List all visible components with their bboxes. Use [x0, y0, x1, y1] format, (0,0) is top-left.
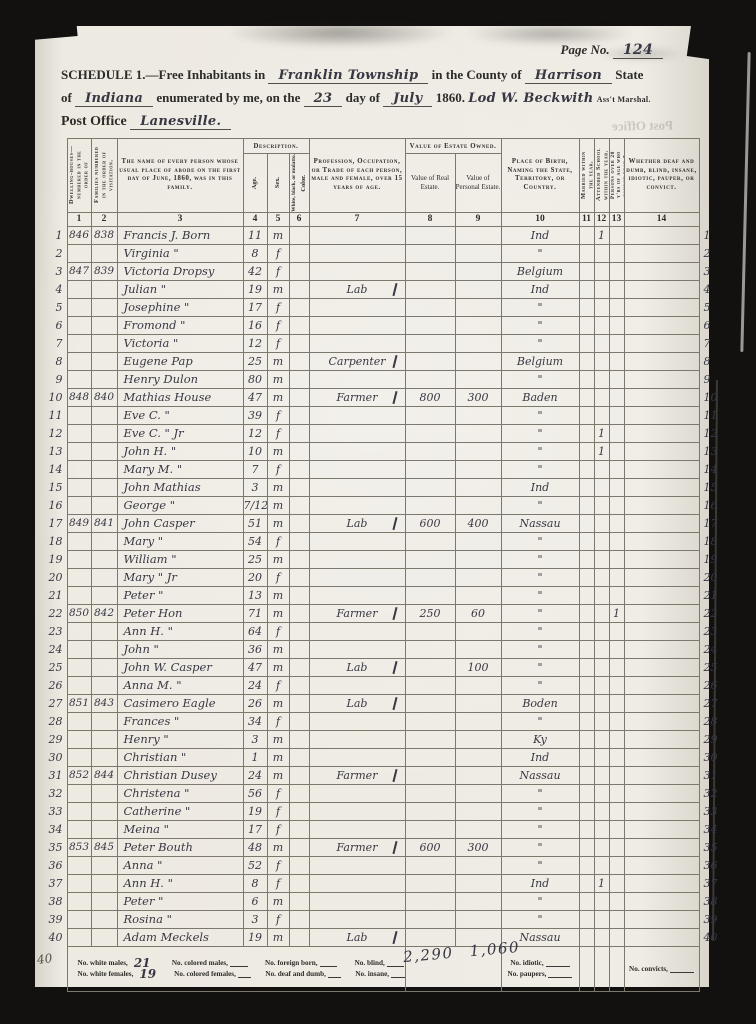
person-name: Victoria Dropsy	[117, 262, 243, 280]
personal-estate-value: 100	[455, 658, 501, 676]
age: 47	[243, 658, 267, 676]
real-estate-value	[405, 460, 455, 478]
attended-school	[594, 532, 609, 550]
remarks	[624, 622, 699, 640]
sex: m	[267, 514, 289, 532]
personal-estate-value	[455, 352, 501, 370]
age: 24	[243, 676, 267, 694]
attended-school	[594, 604, 609, 622]
sex: m	[267, 658, 289, 676]
census-row: 28Frances "34f"28	[47, 712, 721, 730]
tally-mark	[392, 355, 397, 368]
colored-females-label: No. colored females,	[174, 970, 236, 978]
place-of-birth: Nassau	[501, 766, 579, 784]
profession: Lab	[309, 280, 405, 298]
remarks	[624, 478, 699, 496]
profession: Carpenter	[309, 352, 405, 370]
torn-corner	[30, 20, 77, 40]
married-within-year	[579, 370, 594, 388]
age: 12	[243, 334, 267, 352]
family-number	[91, 442, 117, 460]
sex: m	[267, 838, 289, 856]
family-number: 843	[91, 694, 117, 712]
person-name: Peter Bouth	[117, 838, 243, 856]
dwelling-number: 848	[67, 388, 91, 406]
remarks	[624, 262, 699, 280]
real-estate-value: 600	[405, 514, 455, 532]
sex: f	[267, 712, 289, 730]
age: 19	[243, 802, 267, 820]
col-header-families: Families numbered in the order of visita…	[91, 139, 117, 213]
day-value: 23	[304, 92, 343, 107]
remarks	[624, 424, 699, 442]
person-name: John "	[117, 640, 243, 658]
tally-mark	[392, 607, 397, 620]
person-name: Mary " Jr	[117, 568, 243, 586]
foreign-born-label: No. foreign born,	[265, 959, 318, 967]
personal-estate-value	[455, 622, 501, 640]
color	[289, 892, 309, 910]
census-row: 32Christena "56f"32	[47, 784, 721, 802]
married-within-year	[579, 316, 594, 334]
family-number	[91, 892, 117, 910]
census-row: 23Ann H. "64f"23	[47, 622, 721, 640]
census-row: 29Henry "3mKy29	[47, 730, 721, 748]
age: 26	[243, 694, 267, 712]
attended-school: 1	[594, 442, 609, 460]
place-of-birth: "	[501, 658, 579, 676]
census-row: 6Fromond "16f"6	[47, 316, 721, 334]
census-row: 40Adam Meckels19mLabNassau40	[47, 928, 721, 946]
census-row: 36Anna "52f"36	[47, 856, 721, 874]
age: 39	[243, 406, 267, 424]
scan-edge-sliver	[740, 52, 750, 352]
real-estate-value	[405, 640, 455, 658]
dwelling-number	[67, 370, 91, 388]
real-estate-value	[405, 892, 455, 910]
real-estate-value	[405, 496, 455, 514]
person-name: Casimero Eagle	[117, 694, 243, 712]
dwelling-number	[67, 658, 91, 676]
married-within-year	[579, 892, 594, 910]
row-number-left: 28	[47, 712, 67, 730]
color	[289, 838, 309, 856]
married-within-year	[579, 424, 594, 442]
person-name: Frances "	[117, 712, 243, 730]
cannot-read-write	[609, 658, 624, 676]
white-females-label: No. white females,	[78, 970, 134, 978]
sex: m	[267, 226, 289, 244]
place-of-birth: Ind	[501, 478, 579, 496]
personal-estate-value	[455, 316, 501, 334]
color	[289, 874, 309, 892]
margin-pencil-note: 40	[36, 951, 53, 967]
person-name: Mathias House	[117, 388, 243, 406]
cannot-read-write	[609, 892, 624, 910]
dwelling-number: 853	[67, 838, 91, 856]
real-estate-value	[405, 406, 455, 424]
column-number: 9	[455, 212, 501, 226]
row-number-left: 32	[47, 784, 67, 802]
remarks	[624, 820, 699, 838]
census-row: 14Mary M. "7f"14	[47, 460, 721, 478]
color	[289, 406, 309, 424]
person-name: John Mathias	[117, 478, 243, 496]
profession: Lab	[309, 928, 405, 946]
attended-school	[594, 676, 609, 694]
dwelling-number	[67, 820, 91, 838]
col-header-name: The name of every person whose usual pla…	[117, 139, 243, 213]
column-number: 14	[624, 212, 699, 226]
schedule-title-line: SCHEDULE 1.—Free Inhabitants in Franklin…	[61, 67, 701, 84]
column-number: 1	[67, 212, 91, 226]
personal-estate-value	[455, 748, 501, 766]
gutter	[699, 139, 721, 213]
attended-school: 1	[594, 874, 609, 892]
personal-estate-value	[455, 694, 501, 712]
column-number: 4	[243, 212, 267, 226]
age: 24	[243, 766, 267, 784]
profession	[309, 568, 405, 586]
row-number-right: 29	[699, 730, 721, 748]
column-number: 8	[405, 212, 455, 226]
real-estate-value	[405, 334, 455, 352]
row-number-right: 20	[699, 568, 721, 586]
person-name: Eve C. "	[117, 406, 243, 424]
row-number-right: 12	[699, 424, 721, 442]
dwelling-number: 849	[67, 514, 91, 532]
age: 8	[243, 874, 267, 892]
col-header-school: Attended School within the year.	[594, 139, 609, 213]
married-within-year	[579, 298, 594, 316]
sex: f	[267, 622, 289, 640]
married-within-year	[579, 748, 594, 766]
blank-line	[387, 959, 405, 967]
dwelling-number	[67, 532, 91, 550]
estate-group-header: Value of Estate Owned.	[405, 139, 501, 154]
married-within-year	[579, 640, 594, 658]
remarks	[624, 784, 699, 802]
enumeration-line: of Indiana enumerated by me, on the 23 d…	[61, 90, 701, 107]
row-number-left: 11	[47, 406, 67, 424]
row-number-right: 23	[699, 622, 721, 640]
row-number-right: 22	[699, 604, 721, 622]
family-number	[91, 424, 117, 442]
attended-school	[594, 244, 609, 262]
age: 13	[243, 586, 267, 604]
place-of-birth: "	[501, 550, 579, 568]
cannot-read-write	[609, 280, 624, 298]
real-estate-value	[405, 856, 455, 874]
row-number-left: 2	[47, 244, 67, 262]
sex: m	[267, 370, 289, 388]
profession	[309, 622, 405, 640]
dwelling-number	[67, 910, 91, 928]
row-number-left: 18	[47, 532, 67, 550]
person-name: Christena "	[117, 784, 243, 802]
age: 3	[243, 910, 267, 928]
ink-smudge	[225, 18, 455, 48]
attended-school	[594, 388, 609, 406]
dwelling-number	[67, 244, 91, 262]
dwelling-number	[67, 280, 91, 298]
gutter	[47, 139, 67, 213]
color	[289, 262, 309, 280]
sex: m	[267, 604, 289, 622]
dwelling-number	[67, 640, 91, 658]
place-of-birth: Belgium	[501, 352, 579, 370]
remarks	[624, 316, 699, 334]
cannot-read-write: 1	[609, 604, 624, 622]
married-within-year	[579, 550, 594, 568]
attended-school	[594, 478, 609, 496]
dwelling-number	[67, 712, 91, 730]
personal-estate-value	[455, 820, 501, 838]
row-number-right: 28	[699, 712, 721, 730]
color	[289, 712, 309, 730]
sex: f	[267, 244, 289, 262]
age: 71	[243, 604, 267, 622]
census-row: 39Rosina "3f"39	[47, 910, 721, 928]
remarks	[624, 460, 699, 478]
tally-mark	[392, 931, 397, 944]
age: 25	[243, 352, 267, 370]
census-row: 24John "36m"24	[47, 640, 721, 658]
remarks	[624, 694, 699, 712]
col-header-birthplace: Place of Birth, Naming the State, Territ…	[501, 139, 579, 213]
enumerated-label: enumerated by me, on the	[156, 90, 300, 105]
family-number	[91, 874, 117, 892]
profession	[309, 892, 405, 910]
married-within-year	[579, 928, 594, 946]
remarks	[624, 766, 699, 784]
remarks	[624, 388, 699, 406]
remarks	[624, 838, 699, 856]
personal-estate-value: 300	[455, 388, 501, 406]
color	[289, 244, 309, 262]
person-name: George "	[117, 496, 243, 514]
dwelling-number: 846	[67, 226, 91, 244]
sex: m	[267, 586, 289, 604]
column-number: 3	[117, 212, 243, 226]
personal-estate-value	[455, 892, 501, 910]
place-of-birth: "	[501, 406, 579, 424]
profession	[309, 424, 405, 442]
family-number	[91, 640, 117, 658]
person-name: Eve C. " Jr	[117, 424, 243, 442]
family-number	[91, 478, 117, 496]
real-estate-value	[405, 550, 455, 568]
real-estate-value	[405, 658, 455, 676]
sex: f	[267, 406, 289, 424]
row-number-right: 15	[699, 478, 721, 496]
family-number	[91, 334, 117, 352]
row-number-left: 40	[47, 928, 67, 946]
census-row: 8Eugene Pap25mCarpenterBelgium8	[47, 352, 721, 370]
family-number	[91, 856, 117, 874]
dwelling-number	[67, 730, 91, 748]
column-number: 11	[579, 212, 594, 226]
cannot-read-write	[609, 406, 624, 424]
person-name: Victoria "	[117, 334, 243, 352]
family-number	[91, 568, 117, 586]
cannot-read-write	[609, 730, 624, 748]
color	[289, 496, 309, 514]
person-name: William "	[117, 550, 243, 568]
row-number-right: 18	[699, 532, 721, 550]
row-number-left: 26	[47, 676, 67, 694]
dwelling-number	[67, 928, 91, 946]
sex: f	[267, 298, 289, 316]
row-number-right: 11	[699, 406, 721, 424]
family-number	[91, 928, 117, 946]
personal-estate-value	[455, 442, 501, 460]
row-number-left: 9	[47, 370, 67, 388]
marshal-signature: Lod W. Beckwith	[468, 91, 593, 106]
married-within-year	[579, 352, 594, 370]
cannot-read-write	[609, 640, 624, 658]
col-header-profession: Profession, Occupation, or Trade of each…	[309, 139, 405, 213]
row-number-right: 38	[699, 892, 721, 910]
tally-mark	[392, 283, 397, 296]
cannot-read-write	[609, 532, 624, 550]
personal-estate-value	[455, 262, 501, 280]
person-name: John H. "	[117, 442, 243, 460]
cannot-read-write	[609, 802, 624, 820]
row-number-right: 4	[699, 280, 721, 298]
married-within-year	[579, 388, 594, 406]
remarks	[624, 496, 699, 514]
attended-school	[594, 334, 609, 352]
blank-line	[391, 970, 404, 978]
attended-school	[594, 316, 609, 334]
post-office-label: Post Office	[61, 114, 127, 129]
census-row: 17849841John Casper51mLab600400Nassau17	[47, 514, 721, 532]
remarks	[624, 244, 699, 262]
family-number	[91, 460, 117, 478]
family-number	[91, 730, 117, 748]
dwelling-number	[67, 406, 91, 424]
row-number-right: 19	[699, 550, 721, 568]
page-number: Page No. 124	[561, 42, 663, 59]
color	[289, 316, 309, 334]
profession: Lab	[309, 658, 405, 676]
dwelling-number	[67, 856, 91, 874]
attended-school	[594, 784, 609, 802]
color	[289, 550, 309, 568]
of-label: of	[61, 90, 72, 105]
row-number-right: 25	[699, 658, 721, 676]
row-number-left: 17	[47, 514, 67, 532]
age: 8	[243, 244, 267, 262]
age: 34	[243, 712, 267, 730]
place-of-birth: "	[501, 442, 579, 460]
cannot-read-write	[609, 496, 624, 514]
row-number-left: 36	[47, 856, 67, 874]
family-number	[91, 280, 117, 298]
census-row: 26Anna M. "24f"26	[47, 676, 721, 694]
place-of-birth: "	[501, 244, 579, 262]
census-row: 27851843Casimero Eagle26mLabBoden27	[47, 694, 721, 712]
row-number-left: 20	[47, 568, 67, 586]
attended-school	[594, 910, 609, 928]
sex: m	[267, 550, 289, 568]
row-number-right: 32	[699, 784, 721, 802]
remarks	[624, 298, 699, 316]
dwelling-number	[67, 784, 91, 802]
insane-label: No. insane,	[355, 970, 389, 978]
attended-school	[594, 802, 609, 820]
personal-estate-value	[455, 460, 501, 478]
dwelling-number	[67, 892, 91, 910]
remarks	[624, 928, 699, 946]
cannot-read-write	[609, 766, 624, 784]
col-header-dwelling: Dwelling-houses—numbered in the order of…	[67, 139, 91, 213]
remarks	[624, 712, 699, 730]
person-name: Fromond "	[117, 316, 243, 334]
color	[289, 604, 309, 622]
row-number-right: 7	[699, 334, 721, 352]
color	[289, 856, 309, 874]
place-of-birth: Ind	[501, 280, 579, 298]
census-row: 20Mary " Jr20f"20	[47, 568, 721, 586]
blank-line	[548, 970, 572, 978]
white-females-value: 19	[135, 971, 160, 978]
attended-school	[594, 496, 609, 514]
married-within-year	[579, 262, 594, 280]
row-number-left: 38	[47, 892, 67, 910]
dwelling-number	[67, 676, 91, 694]
census-row: 10848840Mathias House47mFarmer800300Bade…	[47, 388, 721, 406]
married-within-year	[579, 766, 594, 784]
attended-school	[594, 586, 609, 604]
torn-corner	[687, 22, 717, 59]
married-within-year	[579, 604, 594, 622]
census-sheet: Page No. 124 SCHEDULE 1.—Free Inhabitant…	[35, 26, 709, 987]
paupers-label: No. paupers,	[508, 970, 547, 978]
place-of-birth: "	[501, 856, 579, 874]
township-value: Franklin Township	[268, 69, 428, 84]
person-name: Josephine "	[117, 298, 243, 316]
summary-empty-cell	[609, 946, 624, 991]
person-name: Rosina "	[117, 910, 243, 928]
attended-school	[594, 262, 609, 280]
profession	[309, 586, 405, 604]
attended-school	[594, 892, 609, 910]
real-estate-value	[405, 622, 455, 640]
row-number-right: 8	[699, 352, 721, 370]
real-estate-value	[405, 370, 455, 388]
place-of-birth: Boden	[501, 694, 579, 712]
row-number-right: 2	[699, 244, 721, 262]
real-estate-value	[405, 766, 455, 784]
profession	[309, 676, 405, 694]
personal-estate-value	[455, 244, 501, 262]
sex: f	[267, 802, 289, 820]
sex: f	[267, 910, 289, 928]
sex: f	[267, 676, 289, 694]
row-number-left: 35	[47, 838, 67, 856]
cannot-read-write	[609, 874, 624, 892]
age: 16	[243, 316, 267, 334]
person-name: John Casper	[117, 514, 243, 532]
family-number	[91, 910, 117, 928]
age: 17	[243, 298, 267, 316]
col-header-cannot-read: Persons over 20 y'rs of age who cannot r…	[609, 139, 624, 213]
tally-mark	[392, 661, 397, 674]
census-row: 4Julian "19mLabInd4	[47, 280, 721, 298]
remarks	[624, 334, 699, 352]
